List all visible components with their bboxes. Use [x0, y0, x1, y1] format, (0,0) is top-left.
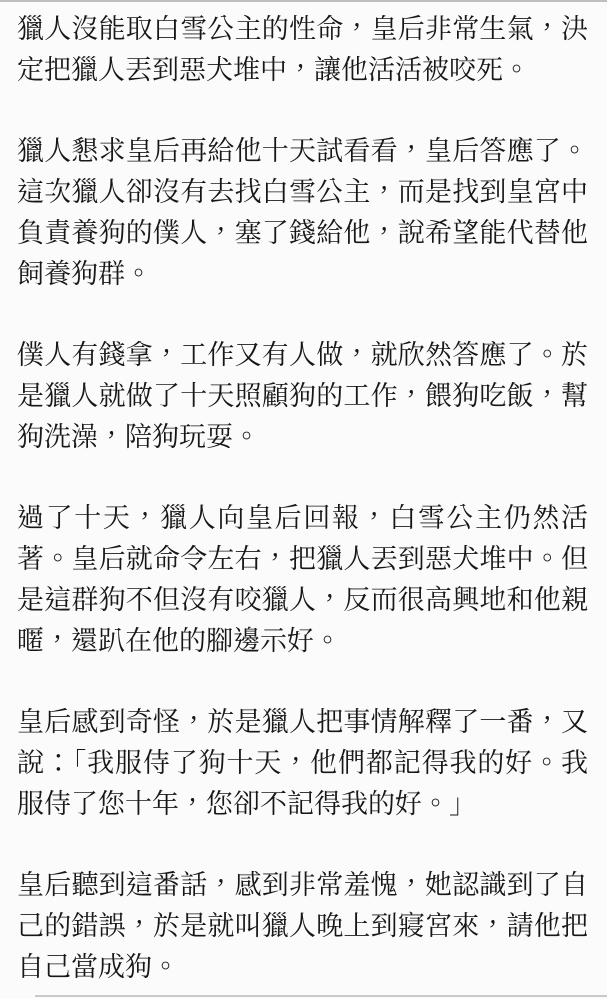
paragraph: 獵人懇求皇后再給他十天試看看，皇后答應了。這次獵人卻沒有去找白雪公主，而是找到皇… — [17, 131, 588, 295]
paragraph: 僕人有錢拿，工作又有人做，就欣然答應了。於是獵人就做了十天照顧狗的工作，餵狗吃飯… — [17, 335, 588, 458]
paragraph: 過了十天，獵人向皇后回報，白雪公主仍然活著。皇后就命令左右，把獵人丟到惡犬堆中。… — [17, 498, 588, 662]
paragraph: 皇后感到奇怪，於是獵人把事情解釋了一番，又說：「我服侍了狗十天，他們都記得我的好… — [17, 702, 588, 825]
story-text: 獵人沒能取白雪公主的性命，皇后非常生氣，決定把獵人丟到惡犬堆中，讓他活活被咬死。… — [0, 0, 607, 988]
paragraph: 獵人沒能取白雪公主的性命，皇后非常生氣，決定把獵人丟到惡犬堆中，讓他活活被咬死。 — [17, 9, 588, 91]
paragraph: 皇后聽到這番話，感到非常羞愧，她認識到了自己的錯誤，於是就叫獵人晚上到寢宮來，請… — [17, 865, 588, 988]
bottom-divider — [35, 995, 607, 997]
story-page: 獵人沒能取白雪公主的性命，皇后非常生氣，決定把獵人丟到惡犬堆中，讓他活活被咬死。… — [0, 0, 607, 999]
